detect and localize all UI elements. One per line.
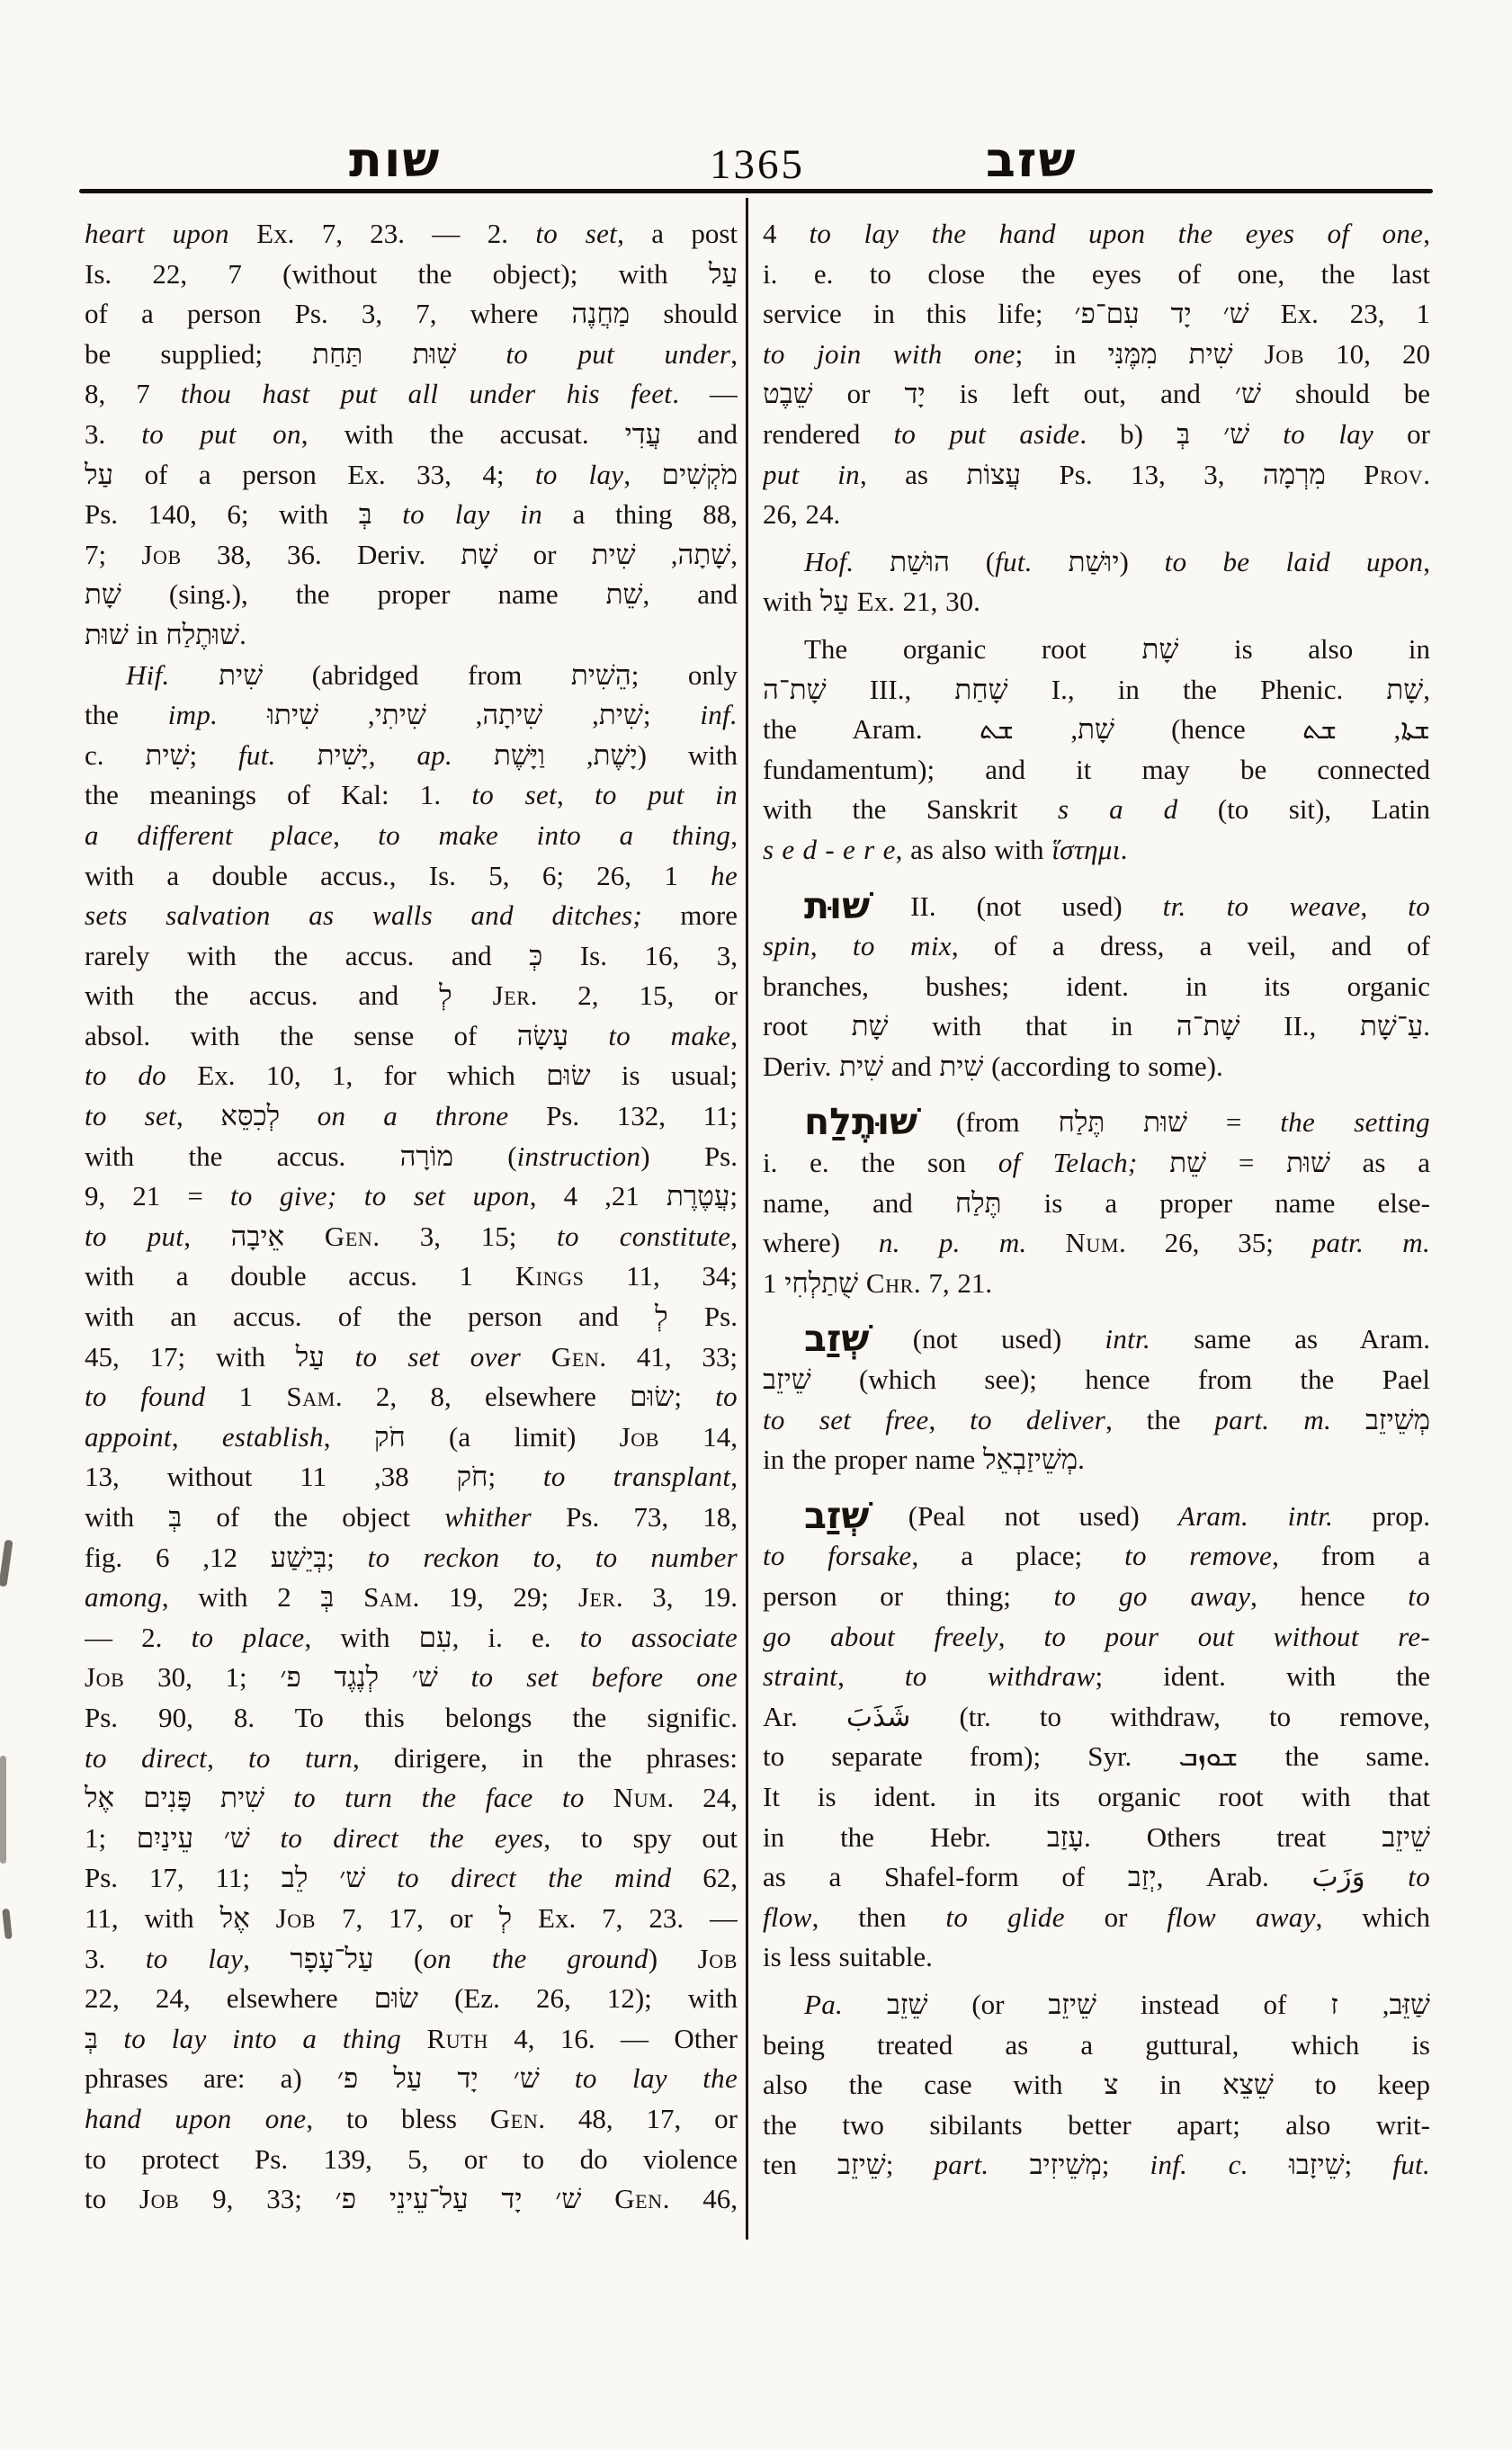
paragraph: שְׁזַב (Peal not used) Aram. intr. prop.… — [763, 1497, 1430, 1978]
text-line: straint, to withdraw; ident. with the — [763, 1657, 1430, 1697]
text-line: with a double accus. 1 Kings 11, 34; — [85, 1256, 738, 1297]
text-line: Pa. שֵׁזֵב (or שֵׁיזֵב instead of שַׁזֵּ… — [763, 1985, 1430, 2025]
text-line: with an accus. of the person and לְ Ps. — [85, 1297, 738, 1337]
paragraph: Hif. שִׁית (abridged from הֵשִׁית; onlyt… — [85, 656, 738, 2220]
text-line: heart upon Ex. 7, 23. — 2. to set, a pos… — [85, 214, 738, 255]
text-line: with the accus. מוֹרָה (instruction) Ps. — [85, 1137, 738, 1177]
text-line: in the Hebr. עָזַב. Others treat שֵׁיזֵב — [763, 1818, 1430, 1858]
text-line: שָׁת (sing.), the proper name שֵׁת, and — [85, 575, 738, 615]
text-line: go about freely, to pour out without re- — [763, 1617, 1430, 1658]
text-line: 11, with אֶל Job 7, 17, or לְ Ex. 7, 23.… — [85, 1899, 738, 1939]
text-line: to join with one; in שִׁית מִמֶּנִּי Job… — [763, 335, 1430, 375]
text-line: שֵׁיזֵב (which see); hence from the Pael — [763, 1360, 1430, 1400]
text-line: to forsake, a place; to remove, from a — [763, 1536, 1430, 1577]
text-line: 1; שׁ׳ עֵינַיִם to direct the eyes, to s… — [85, 1819, 738, 1859]
text-line: Deriv. שִׁית and שִׁית (according to som… — [763, 1047, 1430, 1087]
text-line: i. e. to close the eyes of one, the last — [763, 255, 1430, 295]
text-line: ten שֵׁיזֵב; part. מְשֵׁיזִיב; inf. c. ש… — [763, 2145, 1430, 2186]
text-line: name, and תֶּלַח is a proper name else- — [763, 1184, 1430, 1224]
text-line: שׁוּת II. (not used) tr. to weave, to — [763, 887, 1430, 927]
text-line: to direct, to turn, dirigere, in the phr… — [85, 1739, 738, 1779]
text-line: Job 30, 1; שׁ׳ לְנֶגֶד פ׳ to set before … — [85, 1658, 738, 1698]
text-line: fig. בְּיֵשַׁע 12, 6; to reckon to, to n… — [85, 1538, 738, 1578]
hebrew-header-right: שזב — [986, 131, 1078, 188]
text-line: rendered to put aside. b) שׁ׳ בְּ to lay… — [763, 415, 1430, 455]
text-line: person or thing; to go away, hence to — [763, 1577, 1430, 1617]
text-line: in the proper name מְשֵׁיזַבְאֵל. — [763, 1440, 1430, 1480]
text-line: Hif. שִׁית (abridged from הֵשִׁית; only — [85, 656, 738, 696]
text-line: שָׁת־ה III., שָׁחַת I., in the Phenic. ש… — [763, 670, 1430, 711]
text-line: 22, 24, elsewhere שׂוּם (Ez. 26, 12); wi… — [85, 1979, 738, 2019]
text-line: a different place, to make into a thing, — [85, 816, 738, 856]
paragraph: שׁוּתֶלַח (from שׁוּת תֶּלַח = the setti… — [763, 1103, 1430, 1303]
text-line: the imp. שִׁית, שִׁיתָה, שִׁיתִי, שִׁיתו… — [85, 695, 738, 736]
text-line: 4 to lay the hand upon the eyes of one, — [763, 214, 1430, 255]
column-divider — [746, 198, 748, 2240]
text-line: where) n. p. m. Num. 26, 35; patr. m. — [763, 1223, 1430, 1264]
text-line: with a double accus., Is. 5, 6; 26, 1 he — [85, 856, 738, 897]
text-line: שִׁית פָּנִים אֶל to turn the face to Nu… — [85, 1778, 738, 1819]
text-line: 13, without חֹק 38, 11; to transplant, — [85, 1457, 738, 1498]
text-line: שׁוּת in שׁוּתֶלַח. — [85, 615, 738, 656]
text-line: the Aram. שָׁת, ܫܬ (hence ܫܬܐ, ܫܬ — [763, 710, 1430, 750]
text-line: being treated as a guttural, which is — [763, 2025, 1430, 2066]
header-rule — [79, 189, 1433, 193]
text-line: to found 1 Sam. 2, 8, elsewhere שׂוּם; t… — [85, 1377, 738, 1417]
text-line: 45, 17; with עַל to set over Gen. 41, 33… — [85, 1337, 738, 1378]
text-line: hand upon one, to bless Gen. 48, 17, or — [85, 2099, 738, 2140]
text-line: 26, 24. — [763, 495, 1430, 535]
text-line: שְׁזַב (Peal not used) Aram. intr. prop. — [763, 1497, 1430, 1537]
paragraph: heart upon Ex. 7, 23. — 2. to set, a pos… — [85, 214, 738, 656]
text-line: שְׁזַב (not used) intr. same as Aram. — [763, 1319, 1430, 1360]
paragraph: שְׁזַב (not used) intr. same as Aram.שֵׁ… — [763, 1319, 1430, 1480]
column-left: heart upon Ex. 7, 23. — 2. to set, a pos… — [85, 214, 738, 2220]
text-line: 9, 21 = to give; to set upon, עֲטֶרֶת 21… — [85, 1176, 738, 1217]
text-line: also the case with צ in שֵׁצֵא to keep — [763, 2065, 1430, 2106]
text-line: phrases are: a) שׁ׳ יָד עַל פ׳ to lay th… — [85, 2059, 738, 2099]
scan-artifact — [0, 1540, 13, 1587]
text-line: שֵׁבֶט or יָד is left out, and שׁ׳ shoul… — [763, 374, 1430, 415]
text-line: בְּ to lay into a thing Ruth 4, 16. — Ot… — [85, 2019, 738, 2060]
text-line: spin, to mix, of a dress, a veil, and of — [763, 926, 1430, 967]
text-line: to do Ex. 10, 1, for which שׂוּם is usua… — [85, 1056, 738, 1096]
text-line: service in this life; שׁ׳ יָד עִם־פ׳ Ex.… — [763, 294, 1430, 335]
text-line: Ar. شَذَبَ (tr. to withdraw, to remove, — [763, 1697, 1430, 1738]
text-line: Ps. 90, 8. To this belongs the signific. — [85, 1698, 738, 1739]
text-line: root שָׁת with that in שָׁת־ה II., עַ־שָ… — [763, 1006, 1430, 1047]
text-line: Ps. 17, 11; שׁ׳ לֵב to direct the mind 6… — [85, 1858, 738, 1899]
text-line: s e d - e r e, as also with ἵστημι. — [763, 830, 1430, 871]
text-line: among, with בְּ 2 Sam. 19, 29; Jer. 3, 1… — [85, 1578, 738, 1618]
scan-artifact — [0, 1756, 6, 1864]
text-line: as a Shafel-form of יְזַב, Arab. وَزَبَ … — [763, 1857, 1430, 1898]
text-line: Hof. הוּשַׁת (fut. יוּשַׁת) to be laid u… — [763, 542, 1430, 583]
paragraph: 4 to lay the hand upon the eyes of one,i… — [763, 214, 1430, 535]
text-line: 3. to put on, with the accusat. עֲדִי an… — [85, 415, 738, 455]
text-line: to set free, to deliver, the part. m. מְ… — [763, 1400, 1430, 1441]
text-line: with the Sanskrit s a d (to sit), Latin — [763, 790, 1430, 830]
paragraph: Hof. הוּשַׁת (fut. יוּשַׁת) to be laid u… — [763, 542, 1430, 622]
column-right: 4 to lay the hand upon the eyes of one,i… — [763, 214, 1430, 2186]
text-line: flow, then to glide or flow away, which — [763, 1898, 1430, 1938]
text-line: 8, 7 thou hast put all under his feet. — — [85, 374, 738, 415]
text-line: the two sibilants better apart; also wri… — [763, 2106, 1430, 2146]
text-line: with בְּ of the object whither Ps. 73, 1… — [85, 1498, 738, 1538]
text-line: sets salvation as walls and ditches; mor… — [85, 896, 738, 936]
page-number: 1365 — [649, 140, 865, 189]
text-line: with עַל Ex. 21, 30. — [763, 582, 1430, 622]
text-line: appoint, establish, חֹק (a limit) Job 14… — [85, 1417, 738, 1458]
text-line: 7; Job 38, 36. Deriv. שָׁת or שָׁתָה, שִ… — [85, 535, 738, 576]
scan-artifact — [2, 1909, 13, 1940]
text-line: שׁוּתֶלַח (from שׁוּת תֶּלַח = the setti… — [763, 1103, 1430, 1143]
text-line: to put, אֵיבָה Gen. 3, 15; to constitute… — [85, 1217, 738, 1257]
text-line: put in, as עֲצוֹת Ps. 13, 3, מִרְמָה Pro… — [763, 455, 1430, 496]
text-line: The organic root שָׁת is also in — [763, 630, 1430, 670]
text-line: to separate from); Syr. ܫܘܙܒ the same. — [763, 1737, 1430, 1777]
text-line: to set, לְכִסֵּא on a throne Ps. 132, 11… — [85, 1096, 738, 1137]
text-line: the meanings of Kal: 1. to set, to put i… — [85, 775, 738, 816]
paragraph: The organic root שָׁת is also inשָׁת־ה I… — [763, 630, 1430, 871]
text-line: 3. to lay, עַל־עָפָר (on the ground) Job — [85, 1939, 738, 1980]
text-line: of a person Ps. 3, 7, where מַחֲנֶה shou… — [85, 294, 738, 335]
text-line: branches, bushes; ident. in its organic — [763, 967, 1430, 1007]
text-line: absol. with the sense of עָשָׂה to make, — [85, 1016, 738, 1057]
text-line: Ps. 140, 6; with בְּ to lay in a thing 8… — [85, 495, 738, 535]
text-line: — 2. to place, with עִם, i. e. to associ… — [85, 1618, 738, 1659]
paragraph: Pa. שֵׁזֵב (or שֵׁיזֵב instead of שַׁזֵּ… — [763, 1985, 1430, 2186]
text-line: It is ident. in its organic root with th… — [763, 1777, 1430, 1818]
text-line: be supplied; שִׁוּת תַּחַת to put under, — [85, 335, 738, 375]
text-line: with the accus. and לְ Jer. 2, 15, or — [85, 976, 738, 1016]
text-line: i. e. the son of Telach; שׁוּת = שֵׁת as… — [763, 1143, 1430, 1184]
paragraph: שׁוּת II. (not used) tr. to weave, tospi… — [763, 887, 1430, 1087]
text-line: שֻׁתַלְחִי 1 Chr. 7, 21. — [763, 1264, 1430, 1304]
text-line: c. שִׁית; fut. יָשִׁית, ap. יָשֶׁת, וַיָ… — [85, 736, 738, 776]
text-line: Is. 22, 7 (without the object); with עַל — [85, 255, 738, 295]
text-line: to protect Ps. 139, 5, or to do violence — [85, 2140, 738, 2180]
text-line: rarely with the accus. and כְּ Is. 16, 3… — [85, 936, 738, 977]
text-line: is less suitable. — [763, 1937, 1430, 1978]
text-line: fundamentum); and it may be connected — [763, 750, 1430, 791]
text-line: to Job 9, 33; שׁ׳ יָד עַל־עֵינֵי פ׳ Gen.… — [85, 2179, 738, 2220]
hebrew-header-left: שות — [349, 131, 441, 188]
text-line: עַל of a person Ex. 33, 4; to lay, מֹקְש… — [85, 455, 738, 496]
